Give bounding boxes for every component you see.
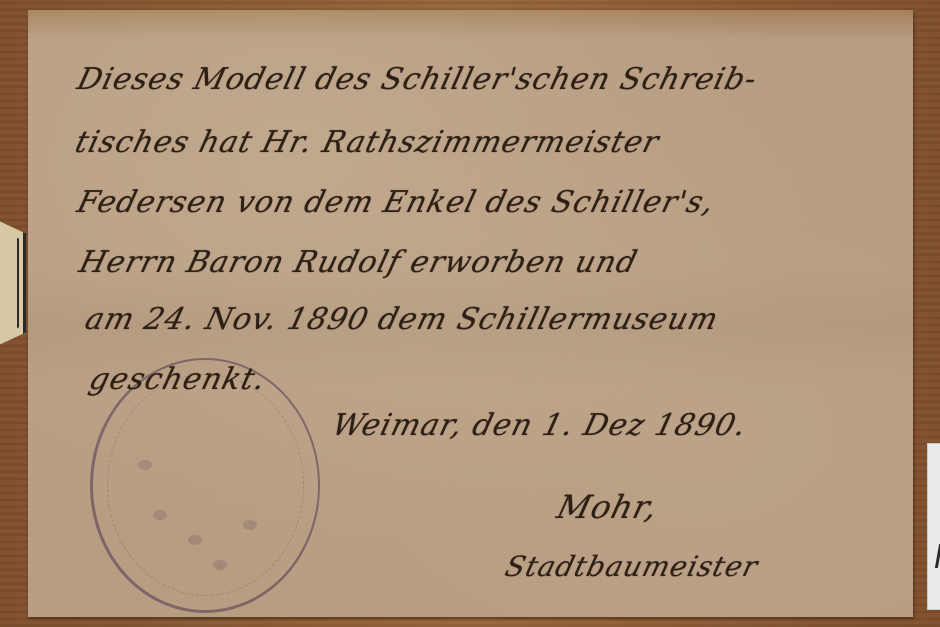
text-line-5: am 24. Nov. 1890 dem Schillermuseum [82,302,723,337]
signature-name: Mohr, [553,488,662,526]
handwritten-document: Dieses Modell des Schiller'schen Schreib… [28,10,913,617]
text-line-6: geschenkt. [86,362,270,397]
place-date: Weimar, den 1. Dez 1890. [329,408,751,443]
stamp-ink-mark [243,520,257,530]
stamp-inner-ring [107,374,304,596]
stamp-ink-mark [188,535,202,545]
text-line-3: Federsen von dem Enkel des Schiller's, [74,185,719,220]
stamp-ink-mark [138,460,152,470]
label-border [0,225,19,341]
text-line-2: tisches hat Hr. Rathszimmermeister [72,125,663,160]
adjacent-card [927,443,940,610]
octagonal-label [0,218,26,348]
stamp-ink-mark [213,560,227,570]
text-line-1: Dieses Modell des Schiller'schen Schreib… [74,62,761,97]
card-mark [935,544,940,568]
stamp-ink-mark [153,510,167,520]
signature-title: Stadtbaumeister [502,550,762,583]
text-line-4: Herrn Baron Rudolf erworben und [76,245,642,280]
